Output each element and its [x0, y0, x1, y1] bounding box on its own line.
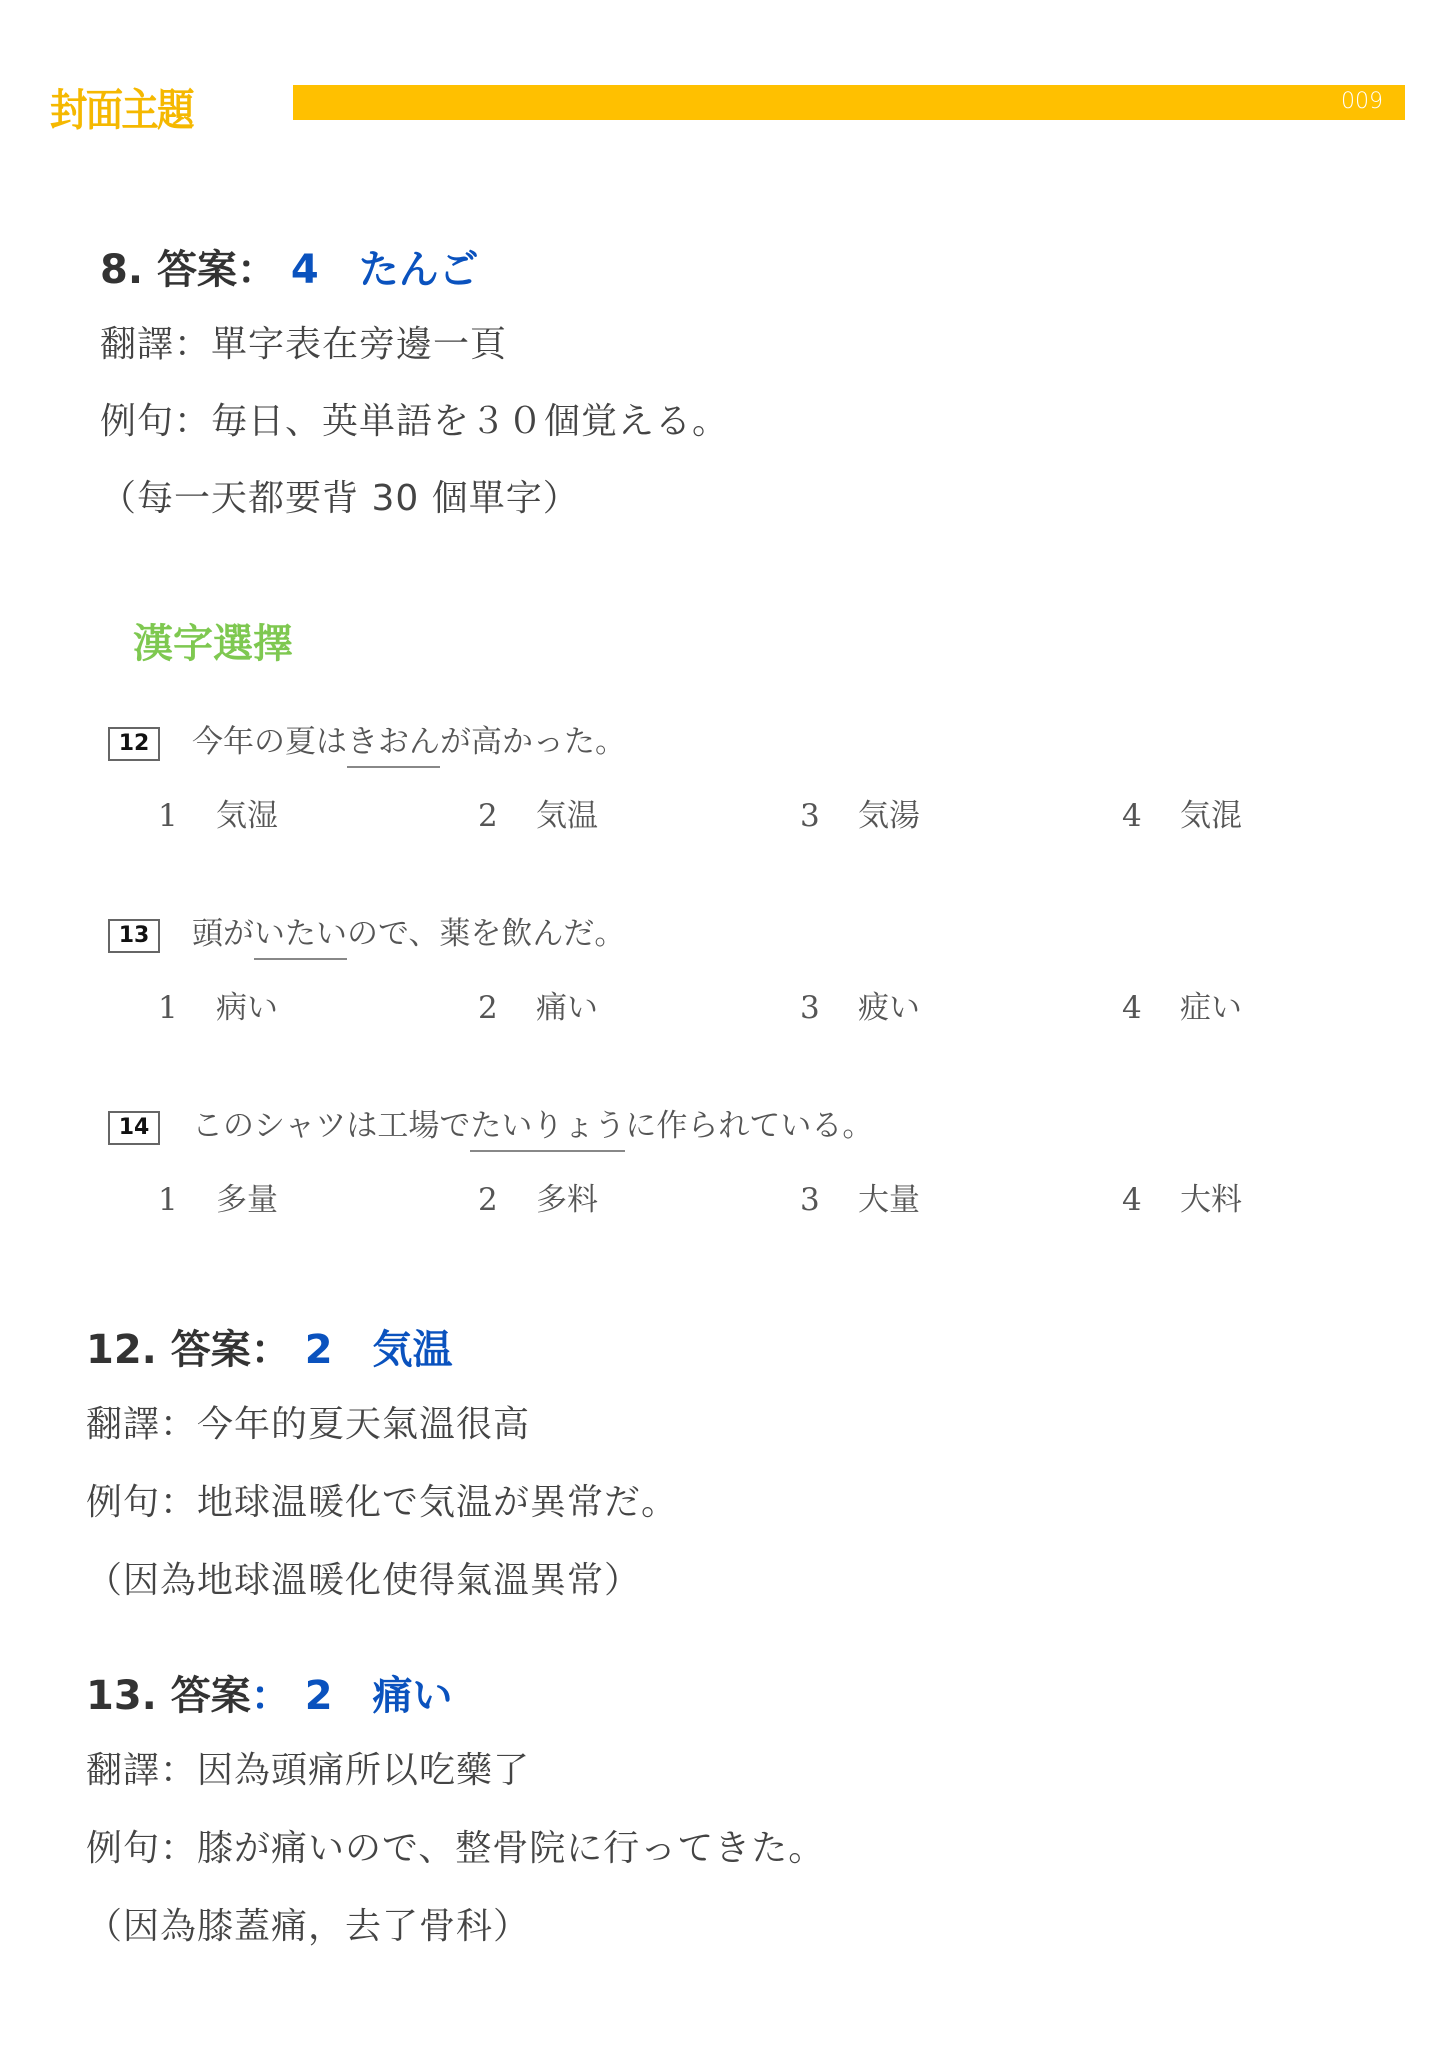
question-number-box: 12: [108, 727, 160, 761]
example-12: 例句：地球温暖化で気温が異常だ。: [86, 1474, 678, 1525]
question-12: 12今年の夏はきおんが高かった。: [108, 716, 626, 761]
question-text: ので、薬を飲んだ。: [347, 916, 625, 952]
translation-12: 翻譯：今年的夏天氣溫很高: [86, 1396, 530, 1447]
answer-colon: ：: [251, 1673, 291, 1719]
example-translation-8: （每一天都要背 30 個單字）: [100, 470, 580, 521]
answer-heading-8: 8. 答案： 4 たんご: [100, 238, 479, 295]
question-14: 14このシャツは工場でたいりょうに作られている。: [108, 1100, 873, 1145]
option: 4大料: [1122, 1174, 1242, 1219]
option: 3気湯: [800, 790, 920, 835]
answer-number: 13.: [86, 1673, 157, 1719]
answer-number: 12.: [86, 1327, 157, 1373]
example-8: 例句：毎日、英単語を３０個覚える。: [100, 393, 729, 444]
question-text: 今年の夏は: [192, 724, 347, 760]
question-number-box: 13: [108, 919, 160, 953]
page-number: 009: [1341, 89, 1383, 114]
option: 3疲い: [800, 982, 920, 1027]
option: 1気湿: [158, 790, 278, 835]
answer-number: 8.: [100, 247, 143, 293]
option: 1多量: [158, 1174, 278, 1219]
option: 2気温: [478, 790, 598, 835]
page-header-title: 封面主題: [50, 74, 193, 138]
answer-word: 痛い: [373, 1673, 453, 1719]
translation-13: 翻譯：因為頭痛所以吃藥了: [86, 1742, 530, 1793]
answer-label: 答案：: [157, 247, 277, 293]
header-bar: 009: [293, 85, 1405, 120]
answer-word: たんご: [359, 247, 479, 293]
option: 3大量: [800, 1174, 920, 1219]
answer-heading-12: 12. 答案： 2 気温: [86, 1318, 453, 1375]
answer-label: 答案：: [171, 1327, 291, 1373]
option: 4症い: [1122, 982, 1242, 1027]
question-text: に作られている。: [625, 1108, 873, 1144]
answer-choice: 2: [305, 1327, 333, 1373]
answer-choice: 2: [305, 1673, 333, 1719]
answer-choice: 4: [291, 247, 319, 293]
answer-label: 答案: [171, 1673, 251, 1719]
underlined-word: たいりょう: [470, 1108, 625, 1152]
question-text: このシャツは工場で: [192, 1108, 470, 1144]
example-translation-13: （因為膝蓋痛，去了骨科）: [86, 1898, 530, 1949]
translation-8: 翻譯：單字表在旁邊一頁: [100, 316, 507, 367]
answer-word: 気温: [373, 1327, 453, 1373]
section-title: 漢字選擇: [133, 612, 293, 669]
example-13: 例句：膝が痛いので、整骨院に行ってきた。: [86, 1820, 825, 1871]
option: 2多料: [478, 1174, 598, 1219]
question-number-box: 14: [108, 1111, 160, 1145]
question-text: が高かった。: [440, 724, 626, 760]
underlined-word: いたい: [254, 916, 347, 960]
underlined-word: きおん: [347, 724, 440, 768]
question-13: 13頭がいたいので、薬を飲んだ。: [108, 908, 625, 953]
option: 4気混: [1122, 790, 1242, 835]
option: 2痛い: [478, 982, 598, 1027]
answer-heading-13: 13. 答案： 2 痛い: [86, 1664, 453, 1721]
option: 1病い: [158, 982, 278, 1027]
question-text: 頭が: [192, 916, 254, 952]
example-translation-12: （因為地球溫暖化使得氣溫異常）: [86, 1552, 641, 1603]
